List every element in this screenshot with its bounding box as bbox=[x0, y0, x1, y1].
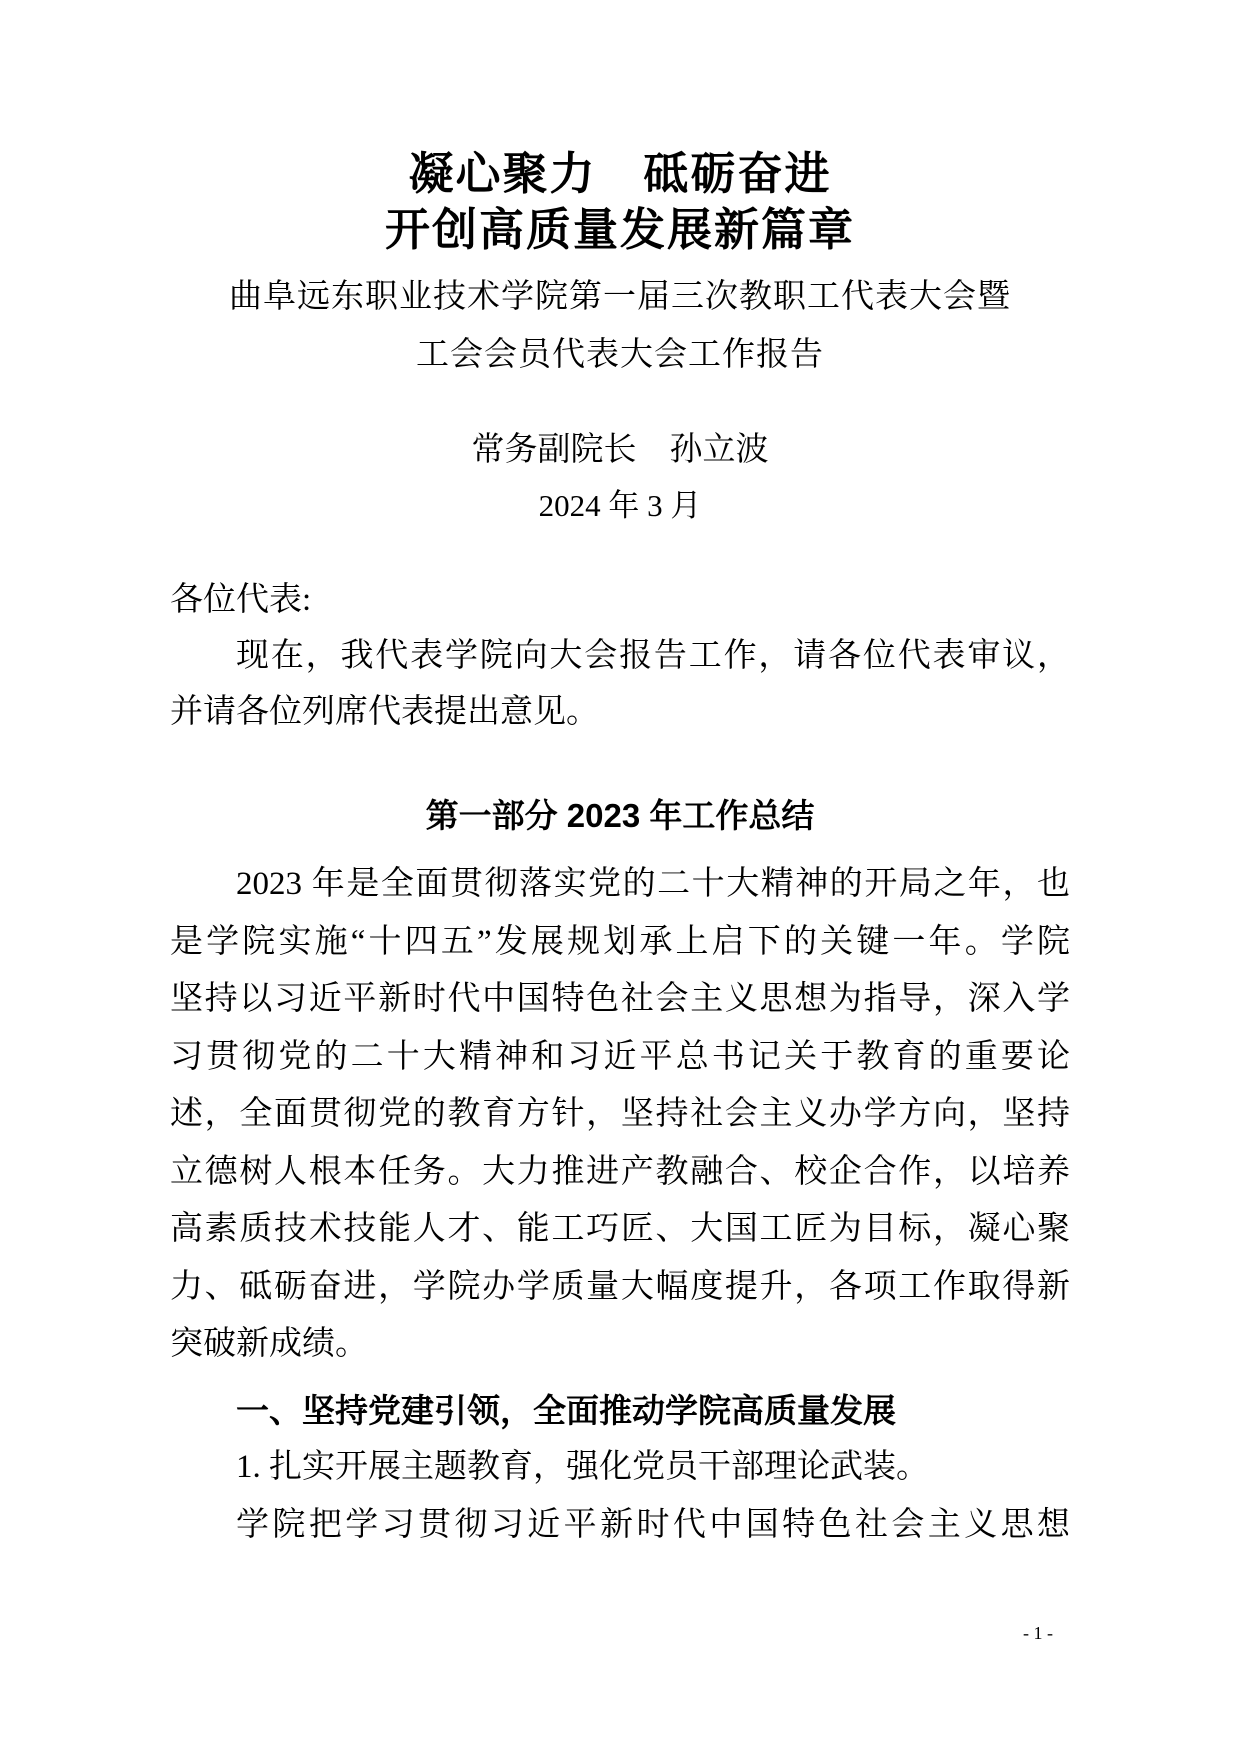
section1-heading: 一、坚持党建引领，全面推动学院高质量发展 bbox=[170, 1382, 1070, 1440]
intro-line: 并请各位列席代表提出意见。 bbox=[170, 684, 1070, 740]
body-line: 力、砥砺奋进，学院办学质量大幅度提升，各项工作取得新 bbox=[170, 1259, 1070, 1317]
section1-1-heading: 1. 扎实开展主题教育，强化党员干部理论武装。 bbox=[170, 1439, 1070, 1497]
body-line: 述，全面贯彻党的教育方针，坚持社会主义办学方向，坚持 bbox=[170, 1086, 1070, 1144]
body-line: 突破新成绩。 bbox=[170, 1316, 1070, 1374]
report-subtitle: 曲阜远东职业技术学院第一届三次教职工代表大会暨 工会会员代表大会工作报告 bbox=[170, 268, 1070, 384]
report-title-line2: 开创高质量发展新篇章 bbox=[170, 202, 1070, 258]
salutation: 各位代表: bbox=[170, 572, 1070, 628]
report-date: 2024 年 3 月 bbox=[170, 478, 1070, 534]
report-author: 常务副院长 孙立波 bbox=[170, 422, 1070, 478]
body-line: 2023 年是全面贯彻落实党的二十大精神的开局之年，也 bbox=[170, 856, 1070, 914]
part1-heading: 第一部分 2023 年工作总结 bbox=[170, 788, 1070, 844]
body-line: 学院把学习贯彻习近平新时代中国特色社会主义思想 bbox=[170, 1497, 1070, 1555]
report-subtitle-line2: 工会会员代表大会工作报告 bbox=[170, 326, 1070, 384]
document-page: 凝心聚力 砥砺奋进 开创高质量发展新篇章 曲阜远东职业技术学院第一届三次教职工代… bbox=[0, 0, 1240, 1753]
page-number: - 1 - bbox=[1023, 1622, 1053, 1644]
intro-line: 现在，我代表学院向大会报告工作，请各位代表审议， bbox=[170, 628, 1070, 684]
body-line: 坚持以习近平新时代中国特色社会主义思想为指导，深入学 bbox=[170, 971, 1070, 1029]
body-line: 高素质技术技能人才、能工巧匠、大国工匠为目标，凝心聚 bbox=[170, 1201, 1070, 1259]
body-line: 是学院实施“十四五”发展规划承上启下的关键一年。学院 bbox=[170, 914, 1070, 972]
report-subtitle-line1: 曲阜远东职业技术学院第一届三次教职工代表大会暨 bbox=[170, 268, 1070, 326]
report-title-line1: 凝心聚力 砥砺奋进 bbox=[170, 146, 1070, 202]
body-line: 立德树人根本任务。大力推进产教融合、校企合作，以培养 bbox=[170, 1144, 1070, 1202]
body-line: 习贯彻党的二十大精神和习近平总书记关于教育的重要论 bbox=[170, 1029, 1070, 1087]
